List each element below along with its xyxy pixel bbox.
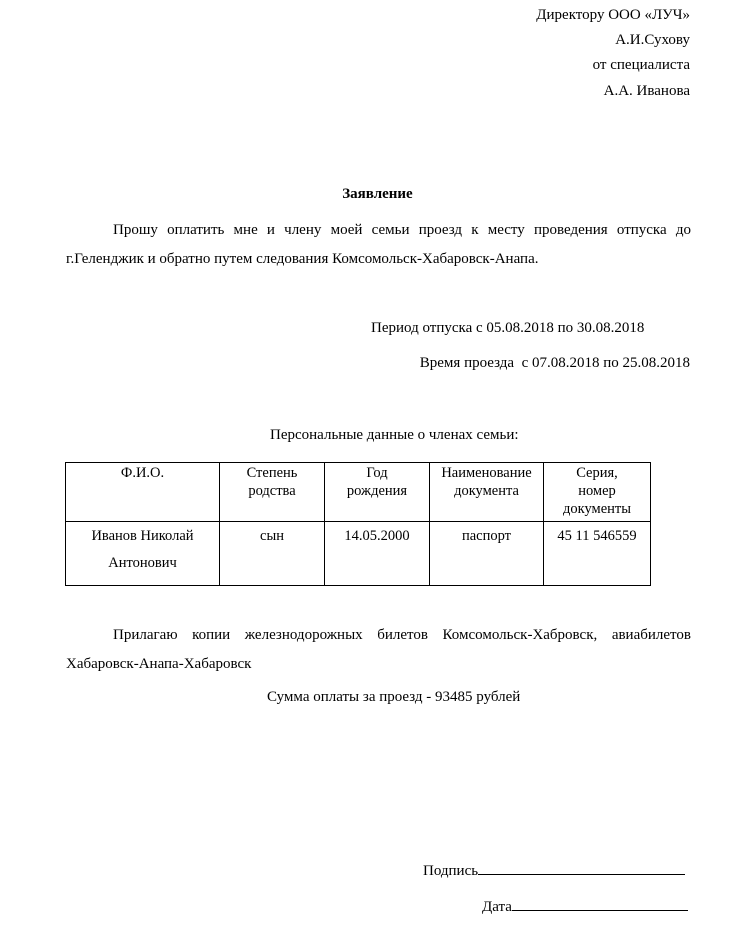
header-relation: Степень родства xyxy=(220,463,325,522)
cell-document: паспорт xyxy=(430,522,544,586)
date-row: Дата xyxy=(482,896,688,916)
payment-total: Сумма оплаты за проезд - 93485 рублей xyxy=(267,689,520,706)
cell-relation: сын xyxy=(220,522,325,586)
cell-doc-number: 45 11 546559 xyxy=(544,522,651,586)
addressee-line-2: А.И.Сухову xyxy=(615,28,690,53)
cell-full-name: Иванов Николай Антонович xyxy=(66,522,220,586)
attachment-paragraph-line-2: Хабаровск-Анапа-Хабаровск xyxy=(66,650,691,679)
family-members-table: Ф.И.О. Степень родства Год рождения Наим… xyxy=(65,462,651,586)
header-document-name-text: Наименование документа xyxy=(437,464,537,500)
header-document-number: Серия, номер документы xyxy=(544,463,651,522)
attachment-paragraph: Прилагаю копии железнодорожных билетов К… xyxy=(66,621,691,679)
table-row: Иванов Николай Антонович сын 14.05.2000 … xyxy=(66,522,651,586)
vacation-period: Период отпуска с 05.08.2018 по 30.08.201… xyxy=(371,320,644,337)
signature-label: Подпись xyxy=(423,863,478,879)
request-paragraph: Прошу оплатить мне и члену моей семьи пр… xyxy=(66,216,691,274)
addressee-line-1: Директору ООО «ЛУЧ» xyxy=(536,3,690,28)
header-full-name: Ф.И.О. xyxy=(66,463,220,522)
header-document-number-text: Серия, номер документы xyxy=(560,464,634,518)
signature-field[interactable] xyxy=(478,860,685,875)
header-relation-text: Степень родства xyxy=(242,464,302,500)
cell-birth-date: 14.05.2000 xyxy=(325,522,430,586)
document-title: Заявление xyxy=(0,186,755,203)
family-section-title: Персональные данные о членах семьи: xyxy=(270,427,519,444)
header-document-name: Наименование документа xyxy=(430,463,544,522)
date-label: Дата xyxy=(482,899,512,915)
request-paragraph-line-2: г.Геленджик и обратно путем следования К… xyxy=(66,245,691,274)
addressee-line-3: от специалиста xyxy=(593,53,690,78)
request-paragraph-line-1: Прошу оплатить мне и члену моей семьи пр… xyxy=(66,216,691,245)
date-field[interactable] xyxy=(512,896,688,911)
cell-full-name-text: Иванов Николай Антонович xyxy=(78,523,208,577)
travel-period: Время проезда с 07.08.2018 по 25.08.2018 xyxy=(420,355,690,372)
addressee-line-4: А.А. Иванова xyxy=(604,79,690,104)
header-birth-year: Год рождения xyxy=(325,463,430,522)
signature-row: Подпись xyxy=(423,860,685,880)
attachment-paragraph-line-1: Прилагаю копии железнодорожных билетов К… xyxy=(66,621,691,650)
table-header-row: Ф.И.О. Степень родства Год рождения Наим… xyxy=(66,463,651,522)
header-birth-year-text: Год рождения xyxy=(342,464,412,500)
